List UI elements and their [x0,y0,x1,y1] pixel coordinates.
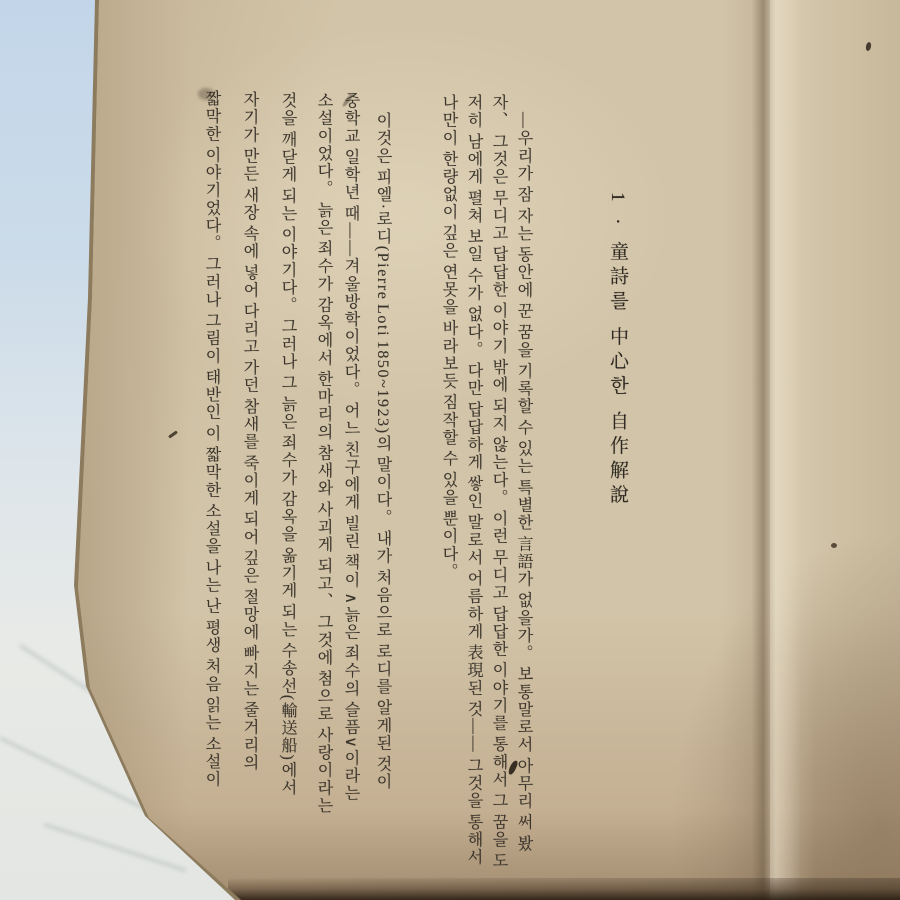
paper-speck [168,430,178,438]
book-photo: 1 · 童詩를 中心한 自作解說 ―우리가 잠 자는 동안에 꾼 꿈을 기록할 … [0,0,900,900]
text-column: 짧막한 이야기었다。 그러나 그림이 태반인 이 짧막한 소설을 나는 난 평생… [200,90,223,788]
text-column: 것을 깨닫게 되는 이야기다。 그러나 그 늙은 죄수가 감옥을 옮기게 되는 … [276,92,299,797]
text-column: 이것은 피엘·로디(Pierre Loti 1850~1923)의 말이다。 내… [371,112,394,791]
section-title: 1 · 童詩를 中心한 自作解說 [604,192,631,509]
text-column: 중학교 일학년 때――겨울방학이었다。 어느 친구에게 빌린 책이 ∧늙은 죄수… [339,92,362,802]
open-book-page: 1 · 童詩를 中心한 自作解說 ―우리가 잠 자는 동안에 꾼 꿈을 기록할 … [0,0,900,900]
text-column: 저히 남에게 펼쳐 보일 수가 없다。 다만 답답하게 쌓인 말로서 어름하게 … [462,94,485,866]
paper-smudge [198,88,214,100]
paper-speck [865,42,872,52]
paper-speck [831,543,837,548]
facing-page-surface [770,0,900,900]
text-column: 소설이었다。 늙은 죄수가 감옥에서 한마리의 참새와 사괴게 되고、 그것에 … [312,92,335,814]
book-bottom-shadow [228,878,900,900]
text-column: 자기가 만든 새장 속에 넣어 다리고 가던 참새를 죽이게 되어 깊은 절망에… [238,91,261,771]
text-column: ―우리가 잠 자는 동안에 꾼 꿈을 기록할 수 있는 특별한 言語가 없을가。… [512,112,535,852]
text-column: 나만이 한량없이 깊은 연못을 바라보듯 짐작할 수 있을 뿐이다。 [437,94,460,580]
text-column: 자、 그것은 무디고 답답한 이야기 밖에 되지 않는다。 이런 무디고 답답한… [487,94,510,870]
